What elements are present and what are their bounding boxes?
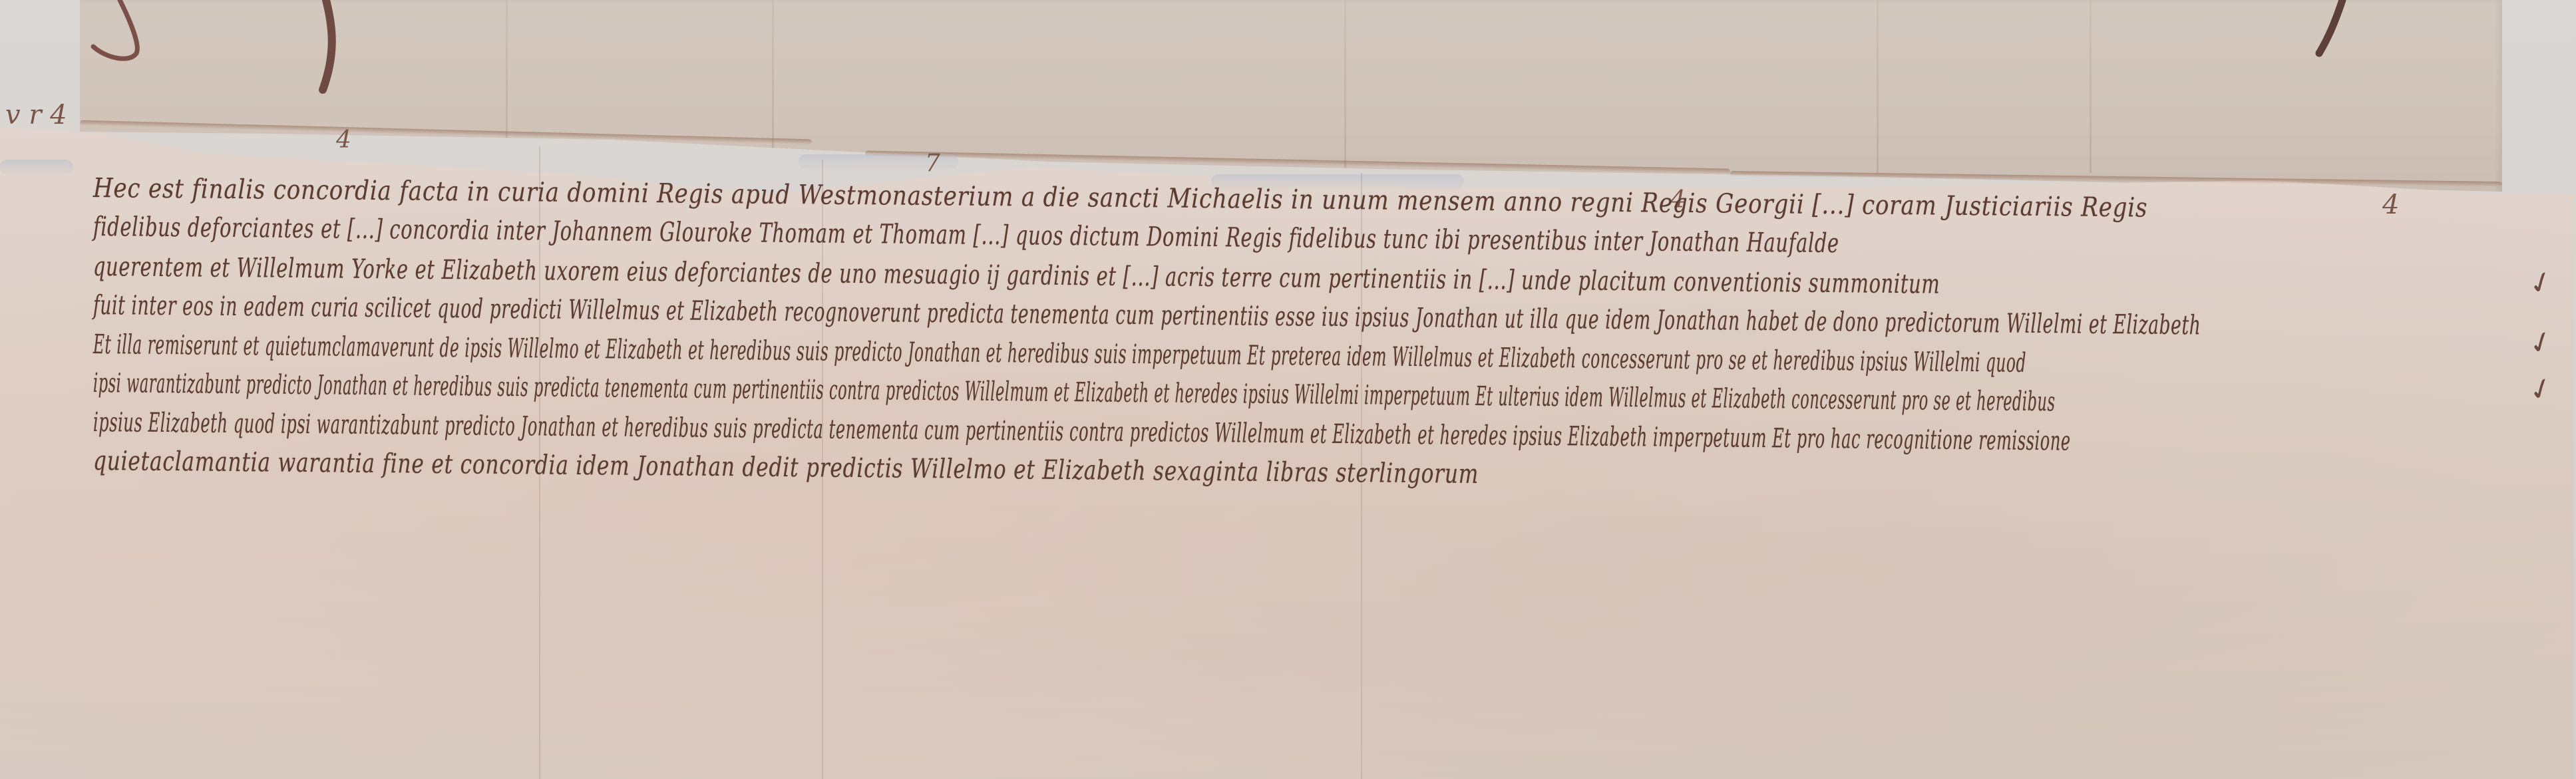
margin-mark: 4: [2382, 190, 2399, 220]
sheet-gap: [0, 160, 73, 174]
margin-mark: 7: [925, 150, 940, 177]
margin-mark: 4: [336, 126, 351, 154]
top-left-margin-note: v r 4: [5, 100, 67, 130]
